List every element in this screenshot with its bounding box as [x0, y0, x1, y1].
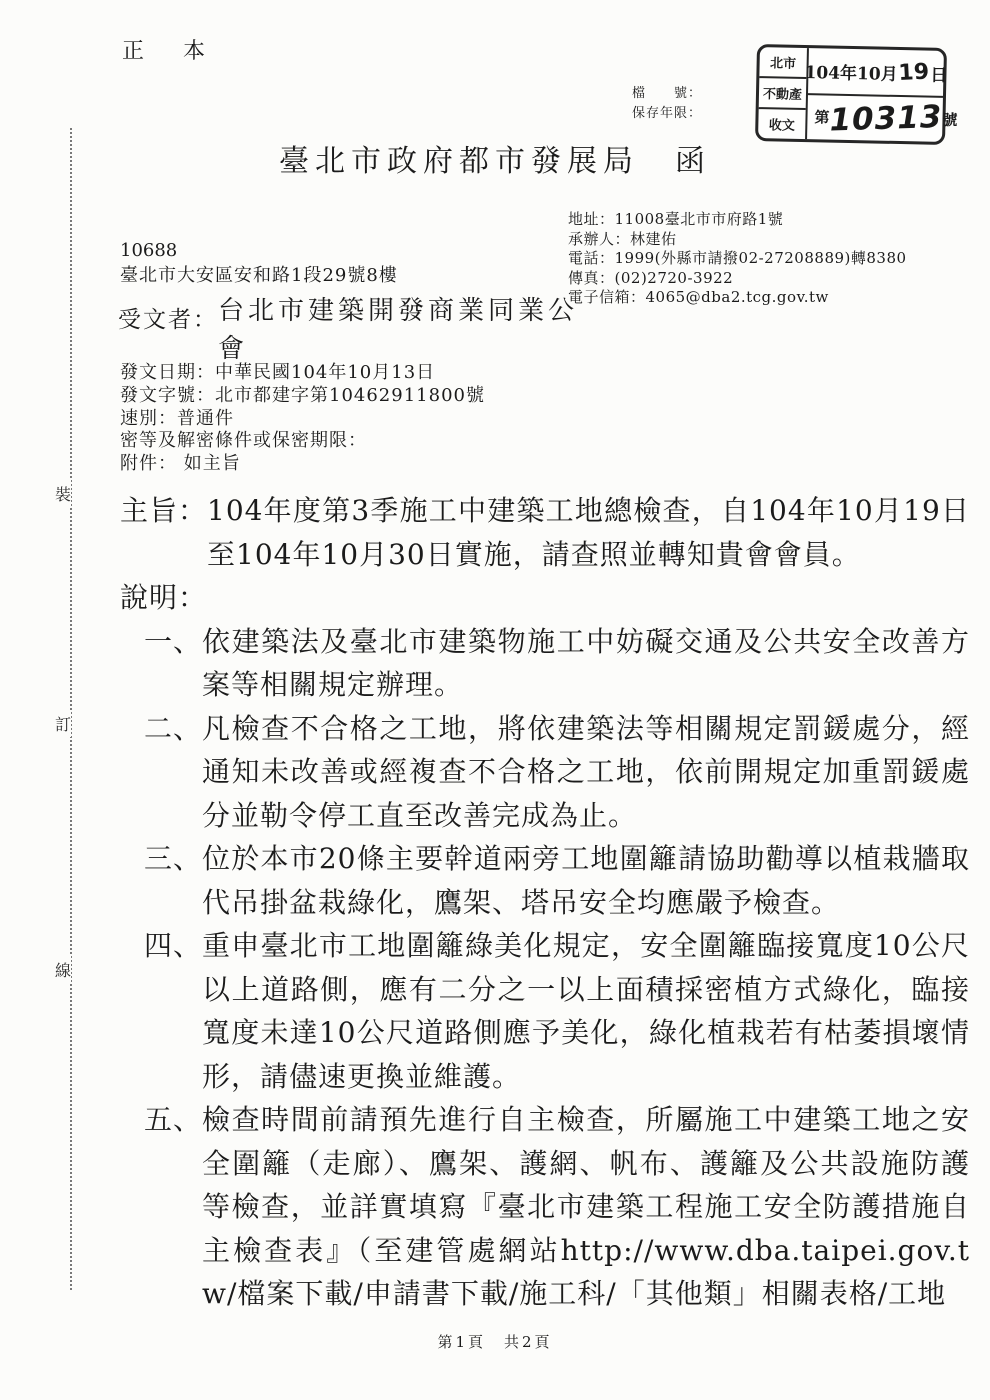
- stamp-number-handwritten: 10313: [829, 99, 943, 139]
- letter-body: 主旨： 104年度第3季施工中建築工地總檢查，自104年10月19日至104年1…: [120, 489, 970, 1316]
- stamp-org-column: 北市 不動產 收文: [758, 47, 809, 139]
- explanation-item-4: 四、 重申臺北市工地圍籬綠美化規定，安全圍籬臨接寬度10公尺以上道路側，應有二分…: [144, 924, 970, 1098]
- explanation-item-1: 一、 依建築法及臺北市建築物施工中妨礙交通及公共安全改善方案等相關規定辦理。: [144, 620, 970, 707]
- recipient-name: 台北市建築開發商業同業公會: [218, 292, 590, 368]
- issue-date-line: 發文日期：中華民國104年10月13日: [120, 362, 485, 385]
- file-number-block: 檔 號： 保存年限：: [632, 84, 702, 124]
- speed-line: 速別：普通件: [120, 408, 485, 431]
- subject-row: 主旨： 104年度第3季施工中建築工地總檢查，自104年10月19日至104年1…: [120, 489, 970, 576]
- stamp-date-prefix: 104年10月: [804, 58, 898, 85]
- recipient-row: 受文者： 台北市建築開發商業同業公會: [118, 292, 590, 368]
- sender-email: 電子信箱：4065@dba2.tcg.gov.tw: [568, 288, 907, 308]
- sender-address: 地址：11008臺北市市府路1號: [568, 210, 907, 230]
- item-4-text: 重申臺北市工地圍籬綠美化規定，安全圍籬臨接寬度10公尺以上道路側，應有二分之一以…: [202, 924, 970, 1098]
- recipient-zip: 10688: [120, 240, 177, 261]
- sender-phone: 電話：1999(外縣市請撥02-27208889)轉8380: [568, 249, 907, 269]
- receipt-stamp: 北市 不動產 收文 104年10月 19 日 第 10313 號: [755, 44, 947, 145]
- item-3-number: 三、: [144, 837, 202, 924]
- recipient-address: 臺北市大安區安和路1段29號8樓: [120, 261, 398, 287]
- document-meta-block: 發文日期：中華民國104年10月13日 發文字號：北市都建字第104629118…: [120, 362, 485, 476]
- stamp-org-line3: 收文: [758, 107, 806, 139]
- stamp-date-day-handwritten: 19: [898, 59, 930, 85]
- copy-type-label: 正 本: [122, 34, 221, 65]
- stamp-org-line1: 北市: [759, 47, 807, 77]
- sender-contact-block: 地址：11008臺北市市府路1號 承辦人：林建佑 電話：1999(外縣市請撥02…: [568, 210, 907, 308]
- doc-number-line: 發文字號：北市都建字第10462911800號: [120, 385, 485, 408]
- binding-mark-ding: 訂: [55, 710, 71, 737]
- item-2-text: 凡檢查不合格之工地，將依建築法等相關規定罰鍰處分，經通知未改善或經複查不合格之工…: [202, 707, 970, 838]
- item-3-text: 位於本市20條主要幹道兩旁工地圍籬請協助勸導以植栽牆取代吊掛盆栽綠化，鷹架、塔吊…: [202, 837, 970, 924]
- item-4-number: 四、: [144, 924, 202, 1098]
- retention-period-label: 保存年限：: [632, 104, 702, 124]
- recipient-label: 受文者：: [118, 292, 218, 334]
- explanation-item-5: 五、 檢查時間前請預先進行自主檢查，所屬施工中建築工地之安全圍籬（走廊）、鷹架、…: [144, 1098, 970, 1316]
- explanation-item-2: 二、 凡檢查不合格之工地，將依建築法等相關規定罰鍰處分，經通知未改善或經複查不合…: [144, 707, 970, 838]
- secrecy-line: 密等及解密條件或保密期限：: [120, 430, 485, 453]
- sender-officer: 承辦人：林建佑: [568, 230, 907, 250]
- file-number-label: 檔 號：: [632, 84, 702, 104]
- subject-label: 主旨：: [120, 489, 207, 576]
- official-letter-page: 正 本 檔 號： 保存年限： 北市 不動產 收文 104年10月 19 日 第 …: [0, 0, 990, 1400]
- item-5-text: 檢查時間前請預先進行自主檢查，所屬施工中建築工地之安全圍籬（走廊）、鷹架、護網、…: [202, 1098, 970, 1316]
- item-2-number: 二、: [144, 707, 202, 838]
- item-5-number: 五、: [144, 1098, 202, 1316]
- stamp-number-suffix: 號: [942, 109, 957, 130]
- explanation-item-3: 三、 位於本市20條主要幹道兩旁工地圍籬請協助勸導以植栽牆取代吊掛盆栽綠化，鷹架…: [144, 837, 970, 924]
- sender-fax: 傳真：(02)2720-3922: [568, 269, 907, 289]
- stamp-receipt-number-row: 第 10313 號: [807, 95, 943, 142]
- explanation-label: 說明：: [120, 576, 970, 620]
- attachment-line: 附件： 如主旨: [120, 453, 485, 476]
- item-1-text: 依建築法及臺北市建築物施工中妨礙交通及公共安全改善方案等相關規定辦理。: [202, 620, 970, 707]
- item-1-number: 一、: [144, 620, 202, 707]
- stamp-date-suffix: 日: [930, 60, 948, 85]
- binding-mark-xian: 線: [55, 956, 71, 983]
- document-title: 臺北市政府都市發展局 函: [0, 136, 990, 180]
- stamp-org-line2: 不動產: [759, 76, 807, 108]
- stamp-right-column: 104年10月 19 日 第 10313 號: [807, 48, 944, 142]
- stamp-number-prefix: 第: [814, 106, 829, 127]
- subject-text: 104年度第3季施工中建築工地總檢查，自104年10月19日至104年10月30…: [207, 489, 970, 576]
- binding-dotted-line: [70, 128, 72, 1290]
- binding-mark-zhuang: 裝: [55, 480, 71, 507]
- explanation-items: 一、 依建築法及臺北市建築物施工中妨礙交通及公共安全改善方案等相關規定辦理。 二…: [120, 620, 970, 1316]
- page-number-footer: 第1頁 共2頁: [0, 1331, 990, 1352]
- stamp-receipt-date: 104年10月 19 日: [808, 48, 944, 97]
